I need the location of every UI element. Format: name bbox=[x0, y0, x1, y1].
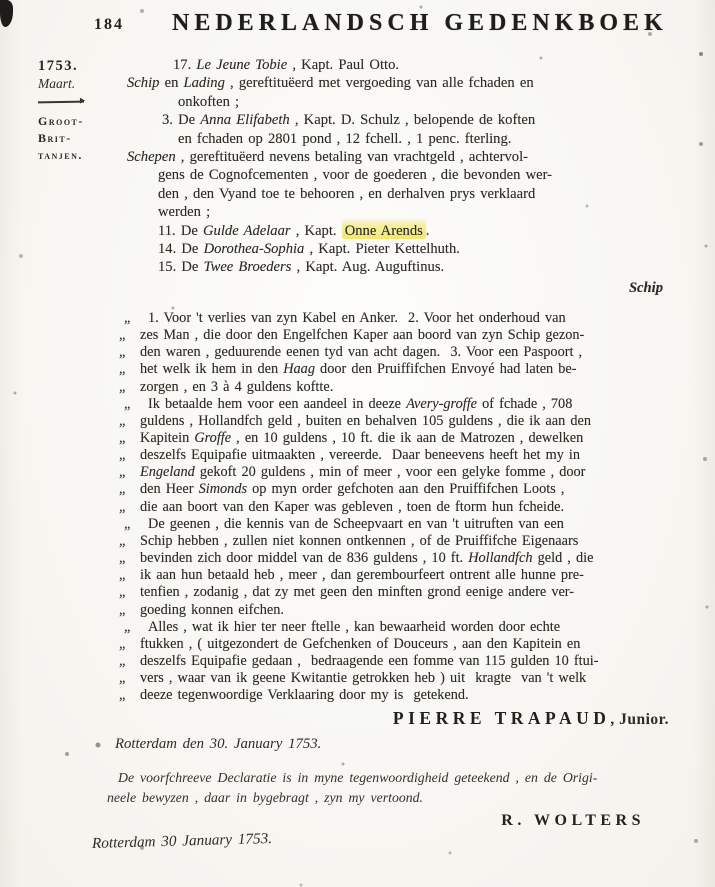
margin-region: Groot- Brit- tanjen. bbox=[38, 113, 120, 164]
text-segment: , Kapt. bbox=[291, 223, 342, 239]
text-segment: Haag bbox=[283, 361, 315, 377]
text-segment: Kapitein bbox=[140, 430, 194, 446]
signature-wolters: R. WOLTERS bbox=[125, 812, 677, 830]
text-segment: zes Man , die door den Engelfchen Kaper … bbox=[140, 327, 584, 343]
text-segment: Engeland bbox=[140, 464, 195, 480]
text-segment: door den Pruiffifchen Envoyé had laten b… bbox=[315, 361, 577, 377]
highlighted-text: Onne Arends bbox=[342, 223, 426, 239]
text-segment: ik aan hun betaald heb , meer , dan gere… bbox=[140, 567, 584, 583]
text-segment: Schip bbox=[127, 75, 159, 91]
text-segment: op myn order gefchoten aan den Pruiffifc… bbox=[247, 481, 564, 497]
text-segment: zorgen , en 3 à 4 guldens koftte. bbox=[140, 379, 333, 395]
scanned-book-page: 184 NEDERLANDSCH GEDENKBOEK 1753. Maart.… bbox=[0, 0, 715, 887]
text-segment: , Kapt. Aug. Auguftinus. bbox=[291, 259, 444, 275]
quote-line: „Engeland gekoft 20 guldens , min of mee… bbox=[117, 464, 677, 481]
text-segment: Schepen bbox=[127, 149, 176, 165]
text-segment: gens de Cognofcementen , voor de goedere… bbox=[158, 167, 552, 183]
text-line: en fchaden op 2801 pond , 12 fchell. , 1… bbox=[125, 130, 677, 148]
text-line: den , den Vyand toe te behooren , en der… bbox=[125, 185, 677, 203]
quote-line: „tenfien , zodanig , dat zy met geen den… bbox=[117, 584, 677, 601]
text-segment: Le Jeune Tobie bbox=[196, 57, 287, 73]
quote-line: „deszelfs Equipafie uitmaakten , vereerd… bbox=[117, 447, 677, 464]
text-segment: De geenen , die kennis van de Scheepvaar… bbox=[148, 516, 564, 532]
text-segment: 14. De bbox=[158, 241, 204, 257]
quote-line: „die aan boort van den Kaper was gebleve… bbox=[117, 499, 677, 516]
text-segment: Anna Elifabeth bbox=[200, 112, 289, 128]
quote-mark: „ bbox=[119, 602, 135, 619]
text-segment: 11. De bbox=[158, 223, 203, 239]
quote-mark: „ bbox=[119, 550, 135, 567]
text-line: 14. De Dorothea-Sophia , Kapt. Pieter Ke… bbox=[125, 240, 677, 258]
quote-mark: „ bbox=[119, 379, 135, 396]
quote-mark: „ bbox=[119, 636, 135, 653]
text-segment: , gereftituëerd nevens betaling van vrac… bbox=[176, 149, 528, 165]
text-segment: Avery-groffe bbox=[406, 396, 477, 412]
text-segment: goeding konnen eifchen. bbox=[140, 602, 284, 618]
quote-line: „De geenen , die kennis van de Scheepvaa… bbox=[117, 516, 677, 533]
text-line: 3. De Anna Elifabeth , Kapt. D. Schulz ,… bbox=[125, 111, 677, 129]
catchword: Schip bbox=[125, 280, 677, 297]
quote-line: „zorgen , en 3 à 4 guldens koftte. bbox=[117, 379, 677, 396]
scan-corner-blob bbox=[0, 0, 13, 27]
quote-line: „bevinden zich door middel van de 836 gu… bbox=[117, 550, 677, 567]
text-segment: 1. Voor 't verlies van zyn Kabel en Anke… bbox=[148, 310, 566, 326]
restitution-list: 17. Le Jeune Tobie , Kapt. Paul Otto.Sch… bbox=[125, 56, 677, 277]
signature-trapaud-suffix: , Junior. bbox=[610, 711, 669, 728]
text-segment: Groffe bbox=[194, 430, 231, 446]
text-segment: of fchade , 708 bbox=[477, 396, 572, 412]
quote-mark: „ bbox=[119, 413, 135, 430]
dateline-trapaud: Rotterdam den 30. January 1753. bbox=[115, 736, 677, 753]
text-segment: , gereftituëerd met vergoeding van alle … bbox=[225, 75, 534, 91]
text-segment: deszelfs Equipafie gedaan , bedraagende … bbox=[140, 653, 599, 669]
quote-mark: „ bbox=[124, 516, 140, 533]
text-line: Schip en Lading , gereftituëerd met verg… bbox=[125, 74, 677, 92]
quote-mark: „ bbox=[124, 619, 140, 636]
quote-mark: „ bbox=[119, 687, 135, 704]
quote-mark: „ bbox=[119, 430, 135, 447]
text-segment: vers , waar van ik geene Kwitantie getro… bbox=[140, 670, 586, 686]
quote-mark: „ bbox=[119, 327, 135, 344]
text-segment: Ik betaalde hem voor een aandeel in deez… bbox=[148, 396, 406, 412]
quote-line: „deszelfs Equipafie gedaan , bedraagende… bbox=[117, 653, 677, 670]
page-number: 184 bbox=[94, 16, 124, 34]
text-segment: deszelfs Equipafie uitmaakten , vereerde… bbox=[140, 447, 580, 463]
text-segment: . bbox=[426, 223, 430, 239]
text-segment: tenfien , zodanig , dat zy met geen den … bbox=[140, 584, 574, 600]
text-segment: , Kapt. Paul Otto. bbox=[287, 57, 399, 73]
text-line: 11. De Gulde Adelaar , Kapt. Onne Arends… bbox=[125, 222, 677, 240]
quote-mark: „ bbox=[119, 361, 135, 378]
attestation: De voorfchreeve Declaratie is in myne te… bbox=[118, 768, 677, 807]
text-segment: Alles , wat ik hier ter neer ftelle , ka… bbox=[148, 619, 560, 635]
text-segment: , en 10 guldens , 10 ft. die ik aan de M… bbox=[231, 430, 583, 446]
margin-region-line: tanjen. bbox=[38, 147, 120, 164]
text-line: onkoften ; bbox=[125, 93, 677, 111]
text-segment: het welk ik hem in den bbox=[140, 361, 283, 377]
quote-line: „Alles , wat ik hier ter neer ftelle , k… bbox=[117, 619, 677, 636]
text-segment: werden ; bbox=[158, 204, 210, 220]
quote-mark: „ bbox=[119, 533, 135, 550]
quote-line: „goeding konnen eifchen. bbox=[117, 602, 677, 619]
quote-mark: „ bbox=[119, 584, 135, 601]
quote-mark: „ bbox=[119, 447, 135, 464]
quote-line: „zes Man , die door den Engelfchen Kaper… bbox=[117, 327, 677, 344]
quote-mark: „ bbox=[119, 670, 135, 687]
text-segment: en fchaden op 2801 pond , 12 fchell. , 1… bbox=[178, 131, 511, 147]
text-line: 15. De Twee Broeders , Kapt. Aug. Auguft… bbox=[125, 258, 677, 276]
text-segment: Lading bbox=[184, 75, 225, 91]
text-segment: bevinden zich door middel van de 836 gul… bbox=[140, 550, 468, 566]
margin-year: 1753. bbox=[38, 58, 120, 75]
quote-line: „guldens , Hollandfch geld , buiten en b… bbox=[117, 413, 677, 430]
quote-mark: „ bbox=[124, 396, 140, 413]
quote-line: „Schip hebben , zullen niet konnen ontke… bbox=[117, 533, 677, 550]
text-segment: den waren , geduurende eenen tyd van ach… bbox=[140, 344, 582, 360]
main-text-column: 17. Le Jeune Tobie , Kapt. Paul Otto.Sch… bbox=[125, 56, 677, 853]
quote-line: „ik aan hun betaald heb , meer , dan ger… bbox=[117, 567, 677, 584]
text-segment: Gulde Adelaar bbox=[203, 223, 291, 239]
text-segment: Simonds bbox=[199, 481, 247, 497]
text-segment: onkoften ; bbox=[178, 94, 239, 110]
text-segment: die aan boort van den Kaper was gebleven… bbox=[140, 499, 564, 515]
text-segment: guldens , Hollandfch geld , buiten en be… bbox=[140, 413, 591, 429]
quote-line: „Ik betaalde hem voor een aandeel in dee… bbox=[117, 396, 677, 413]
text-segment: ftukken , ( uitgezondert de Gefchenken o… bbox=[140, 636, 580, 652]
signature-trapaud: PIERRE TRAPAUD, Junior. bbox=[125, 708, 677, 729]
text-segment: Hollandfch bbox=[468, 550, 532, 566]
text-segment: 15. De bbox=[158, 259, 204, 275]
attestation-line: neele bewyzen , daar in bygebragt , zyn … bbox=[107, 788, 677, 808]
text-line: werden ; bbox=[125, 203, 677, 221]
quote-mark: „ bbox=[119, 653, 135, 670]
scan-specks bbox=[0, 0, 2, 2]
deposition-quote: „1. Voor 't verlies van zyn Kabel en Ank… bbox=[117, 310, 677, 705]
quote-line: „den waren , geduurende eenen tyd van ac… bbox=[117, 344, 677, 361]
book-title: NEDERLANDSCH GEDENKBOEK bbox=[172, 10, 668, 37]
text-segment: Dorothea-Sophia bbox=[204, 241, 305, 257]
text-segment: den Heer bbox=[140, 481, 199, 497]
text-line: 17. Le Jeune Tobie , Kapt. Paul Otto. bbox=[125, 56, 677, 74]
text-segment: 17. bbox=[173, 57, 196, 73]
quote-mark: „ bbox=[119, 567, 135, 584]
margin-region-line: Groot- bbox=[38, 113, 120, 130]
text-segment: Twee Broeders bbox=[204, 259, 292, 275]
quote-line: „deeze tegenwoordige Verklaaring door my… bbox=[117, 687, 677, 704]
quote-mark: „ bbox=[119, 499, 135, 516]
text-segment: , Kapt. Pieter Kettelhuth. bbox=[304, 241, 460, 257]
quote-line: „ftukken , ( uitgezondert de Gefchenken … bbox=[117, 636, 677, 653]
text-segment: 3. De bbox=[162, 112, 200, 128]
text-segment: geld , die bbox=[533, 550, 594, 566]
margin-month: Maart. bbox=[38, 76, 120, 92]
margin-region-line: Brit- bbox=[38, 130, 120, 147]
quote-mark: „ bbox=[119, 481, 135, 498]
margin-note: 1753. Maart. Groot- Brit- tanjen. bbox=[38, 58, 120, 164]
text-segment: Schip hebben , zullen niet konnen ontken… bbox=[140, 533, 578, 549]
text-segment: en bbox=[159, 75, 183, 91]
text-segment: , Kapt. D. Schulz , belopende de koften bbox=[290, 112, 535, 128]
quote-line: „vers , waar van ik geene Kwitantie getr… bbox=[117, 670, 677, 687]
quote-mark: „ bbox=[119, 464, 135, 481]
quote-line: „het welk ik hem in den Haag door den Pr… bbox=[117, 361, 677, 378]
text-segment: gekoft 20 guldens , min of meer , voor e… bbox=[195, 464, 586, 480]
text-segment: den , den Vyand toe te behooren , en der… bbox=[158, 186, 535, 202]
text-segment: deeze tegenwoordige Verklaaring door my … bbox=[140, 687, 469, 703]
quote-mark: „ bbox=[119, 344, 135, 361]
text-line: Schepen , gereftituëerd nevens betaling … bbox=[125, 148, 677, 166]
attestation-line: De voorfchreeve Declaratie is in myne te… bbox=[118, 768, 677, 788]
quote-line: „Kapitein Groffe , en 10 guldens , 10 ft… bbox=[117, 430, 677, 447]
dateline-wolters: Rotterdam 30 January 1753. bbox=[92, 830, 273, 853]
margin-divider bbox=[38, 101, 84, 104]
quote-line: „den Heer Simonds op myn order gefchoten… bbox=[117, 481, 677, 498]
quote-line: „1. Voor 't verlies van zyn Kabel en Ank… bbox=[117, 310, 677, 327]
quote-mark: „ bbox=[124, 310, 140, 327]
text-line: gens de Cognofcementen , voor de goedere… bbox=[125, 166, 677, 184]
signature-trapaud-name: PIERRE TRAPAUD bbox=[393, 708, 610, 728]
